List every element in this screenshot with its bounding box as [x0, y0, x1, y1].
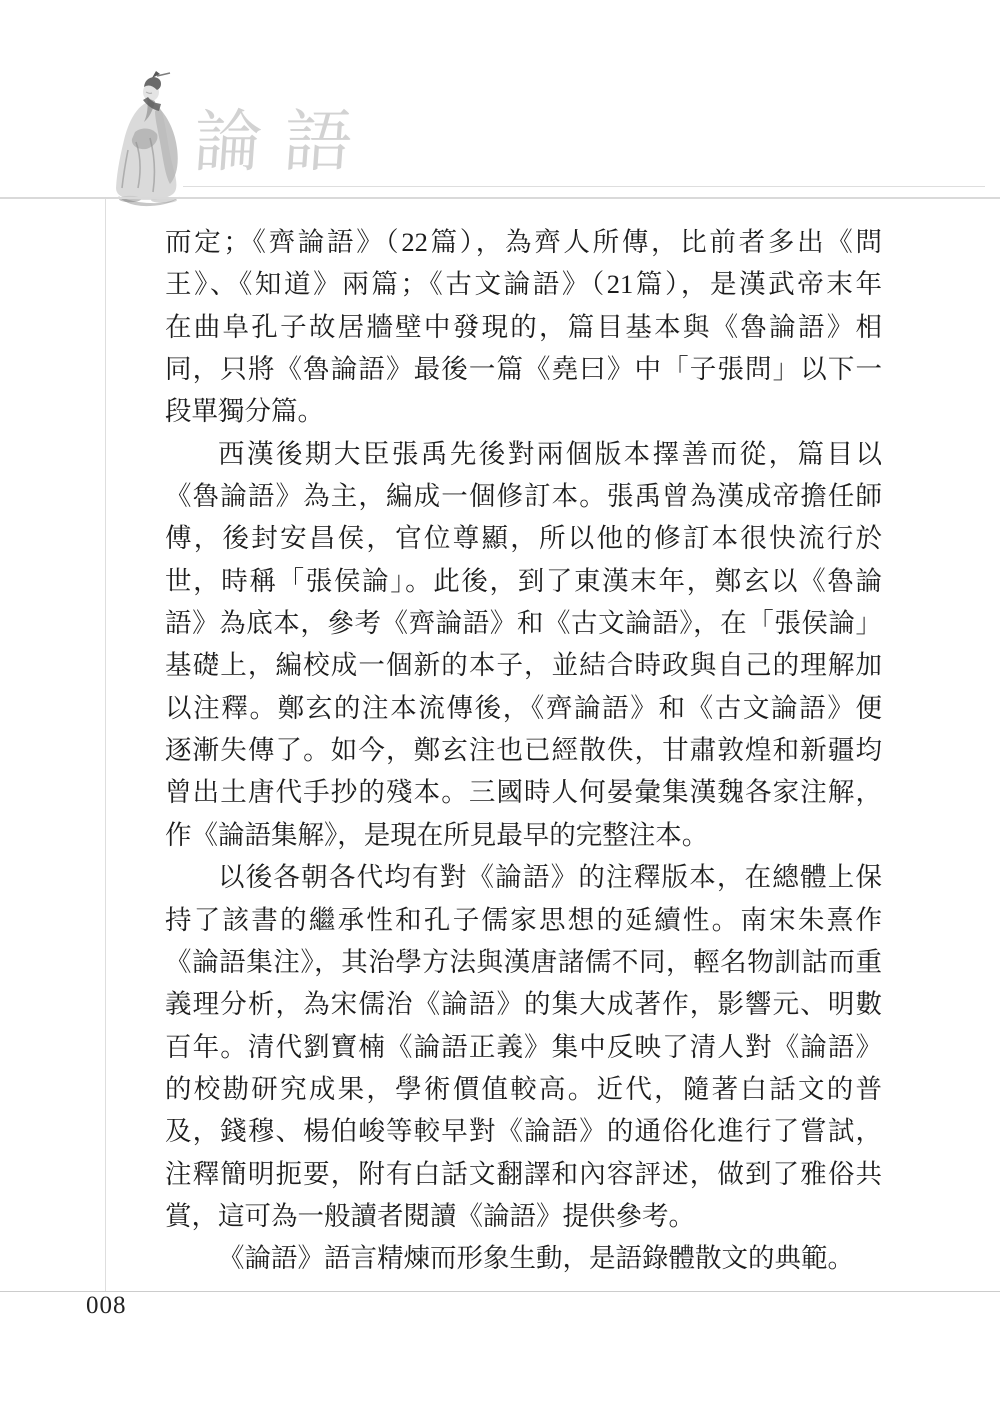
text-line: 《魯論語》為主，編成一個修訂本。張禹曾為漢成帝擔任師: [165, 475, 882, 517]
text-line: 《論語》語言精煉而形象生動，是語錄體散文的典範。: [165, 1237, 882, 1279]
text-line: 西漢後期大臣張禹先後對兩個版本擇善而從，篇目以: [165, 433, 882, 475]
paragraph: 《論語》語言精煉而形象生動，是語錄體散文的典範。: [165, 1237, 882, 1279]
topknot-shape: [152, 71, 160, 78]
text-line: 的校勘研究成果，學術價值較高。近代，隨著白話文的普: [165, 1068, 882, 1110]
content-left-rule: [105, 199, 106, 1291]
paragraph: 西漢後期大臣張禹先後對兩個版本擇善而從，篇目以《魯論語》為主，編成一個修訂本。張…: [165, 433, 882, 856]
text-line: 在曲阜孔子故居牆壁中發現的，篇目基本與《魯論語》相: [165, 306, 882, 348]
text-line: 百年。清代劉寶楠《論語正義》集中反映了清人對《論語》: [165, 1026, 882, 1068]
text-line: 以後各朝各代均有對《論語》的注釋版本，在總體上保: [165, 856, 882, 898]
text-line: 而定；《齊論語》（22篇），為齊人所傳，比前者多出《問: [165, 221, 882, 263]
paragraph: 以後各朝各代均有對《論語》的注釋版本，在總體上保持了該書的繼承性和孔子儒家思想的…: [165, 856, 882, 1237]
text-line: 同，只將《魯論語》最後一篇《堯曰》中「子張問」以下一: [165, 348, 882, 390]
text-line: 段單獨分篇。: [165, 390, 882, 432]
book-title: 論語: [192, 108, 377, 176]
text-line: 注釋簡明扼要，附有白話文翻譯和內容評述，做到了雅俗共: [165, 1153, 882, 1195]
text-line: 及，錢穆、楊伯峻等較早對《論語》的通俗化進行了嘗試，: [165, 1110, 882, 1152]
text-line: 持了該書的繼承性和孔子儒家思想的延續性。南宋朱熹作: [165, 899, 882, 941]
text-line: 語》為底本，參考《齊論語》和《古文論語》，在「張侯論」: [165, 602, 882, 644]
text-line: 王》、《知道》兩篇；《古文論語》（21篇），是漢武帝末年: [165, 263, 882, 305]
text-line: 《論語集注》，其治學方法與漢唐諸儒不同，輕名物訓詁而重: [165, 941, 882, 983]
text-line: 逐漸失傳了。如今，鄭玄注也已經散佚，甘肅敦煌和新疆均: [165, 729, 882, 771]
text-line: 作《論語集解》，是現在所見最早的完整注本。: [165, 814, 882, 856]
book-page: 論語 而定；《齊論語》（22篇），為齊人所傳，比前者多出《問王》、《知道》兩篇；…: [0, 0, 1000, 1418]
footer-rule: [0, 1291, 1000, 1292]
text-line: 傅，後封安昌侯，官位尊顯，所以他的修訂本很快流行於: [165, 517, 882, 559]
text-line: 曾出土唐代手抄的殘本。三國時人何晏彙集漢魏各家注解，: [165, 771, 882, 813]
text-line: 賞，這可為一般讀者閱讀《論語》提供參考。: [165, 1195, 882, 1237]
paragraph: 而定；《齊論語》（22篇），為齊人所傳，比前者多出《問王》、《知道》兩篇；《古文…: [165, 221, 882, 433]
text-line: 義理分析，為宋儒治《論語》的集大成著作，影響元、明數: [165, 983, 882, 1025]
header-rule: [0, 197, 1000, 199]
text-line: 以注釋。鄭玄的注本流傳後，《齊論語》和《古文論語》便: [165, 687, 882, 729]
page-number: 008: [86, 1292, 127, 1320]
title-rule: [183, 186, 985, 187]
text-line: 基礎上，編校成一個新的本子，並結合時政與自己的理解加: [165, 644, 882, 686]
confucius-illustration: [106, 70, 196, 208]
text-line: 世，時稱「張侯論」。此後，到了東漢末年，鄭玄以《魯論: [165, 560, 882, 602]
body-text: 而定；《齊論語》（22篇），為齊人所傳，比前者多出《問王》、《知道》兩篇；《古文…: [165, 221, 882, 1280]
